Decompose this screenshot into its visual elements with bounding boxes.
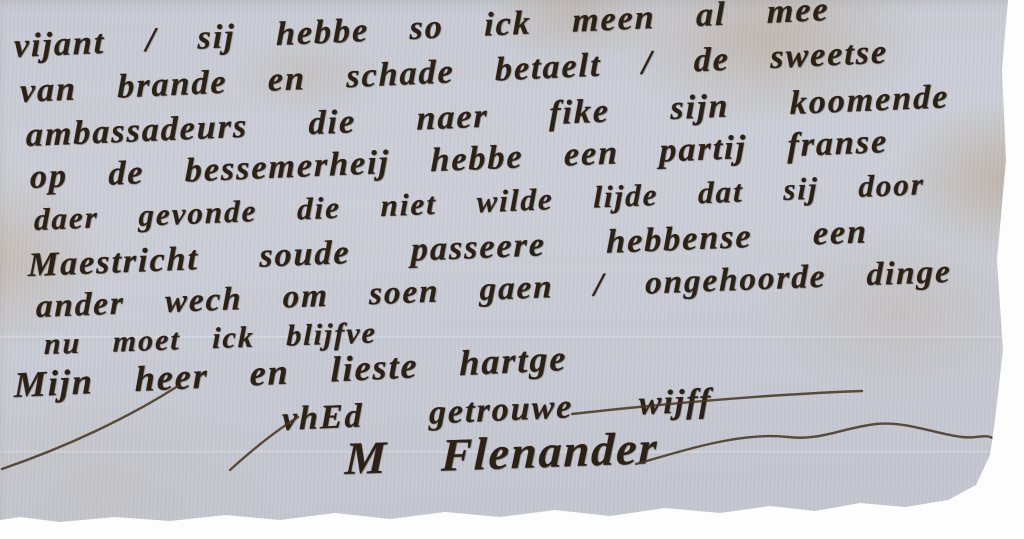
manuscript-line: Maestricht soude passeere hebbense een [28,213,869,285]
manuscript-line: nu moet ick blijfve [44,316,378,362]
scan-background: schrijfs vijant / sij hebbe so ick meen … [0,0,1024,539]
signature-flourish [636,424,994,464]
valediction-leadin-flourish [230,417,298,470]
closing-m-flourish [2,386,178,469]
manuscript-line: ander wech om soen gaen / ongehoorde din… [36,254,952,326]
signature: M Flenander [344,421,659,485]
manuscript-line: van brande en schade betaelt / de sweets… [20,34,888,111]
valediction-line: vhEd getrouwe wijff [282,382,713,439]
manuscript-line: ambassadeurs die naer fike sijn koomende [26,78,950,155]
letter-paper: schrijfs vijant / sij hebbe so ick meen … [0,0,1024,539]
manuscript-line: op de bessemerheij hebbe een partij fran… [30,123,889,197]
manuscript-line: vijant / sij hebbe so ick meen al mee [14,0,830,66]
wijff-crossbar-flourish [572,391,862,414]
closing-line: Mijn heer en lieste hartge [14,337,568,406]
manuscript-line: daer gevonde die niet wilde lijde dat si… [34,166,925,238]
clipped-top-line: schrijfs [135,0,252,1]
pen-flourishes [0,0,1024,539]
